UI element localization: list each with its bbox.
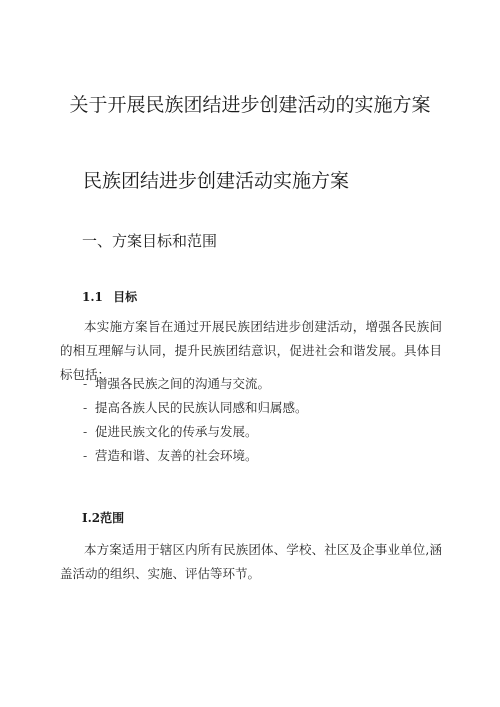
bullet-item: - 营造和谐、友善的社会环境。 [83, 444, 308, 468]
subsection-label: 范围 [100, 511, 124, 525]
subsection-heading-scope: I.2范围 [82, 510, 124, 526]
scope-paragraph: 本方案适用于辖区内所有民族团体、学校、社区及企事业单位,涵盖活动的组织、实施、评… [60, 538, 442, 586]
subsection-number: I.2 [82, 511, 100, 525]
bullet-text: 增强各民族之间的沟通与交流。 [95, 372, 270, 396]
dash-bullet-icon: - [83, 444, 95, 468]
subsection-number: 1.1 [82, 290, 103, 304]
bullet-text: 提高各族人民的民族认同感和归属感。 [95, 396, 308, 420]
bullet-item: - 增强各民族之间的沟通与交流。 [83, 372, 308, 396]
dash-bullet-icon: - [83, 396, 95, 420]
bullet-text: 促进民族文化的传承与发展。 [95, 420, 258, 444]
document-page: 关于开展民族团结进步创建活动的实施方案 民族团结进步创建活动实施方案 一、方案目… [0, 0, 500, 707]
bullet-item: - 促进民族文化的传承与发展。 [83, 420, 308, 444]
bullet-item: - 提高各族人民的民族认同感和归属感。 [83, 396, 308, 420]
subsection-label: 目标 [113, 290, 137, 304]
document-title: 关于开展民族团结进步创建活动的实施方案 [60, 93, 440, 118]
bullet-text: 营造和谐、友善的社会环境。 [95, 444, 258, 468]
dash-bullet-icon: - [83, 372, 95, 396]
dash-bullet-icon: - [83, 420, 95, 444]
document-subtitle: 民族团结进步创建活动实施方案 [83, 169, 349, 194]
section-heading-goals-scope: 一、方案目标和范围 [82, 231, 217, 251]
goals-bullet-list: - 增强各民族之间的沟通与交流。 - 提高各族人民的民族认同感和归属感。 - 促… [83, 372, 308, 468]
subsection-heading-goals: 1.1 目标 [82, 289, 137, 305]
